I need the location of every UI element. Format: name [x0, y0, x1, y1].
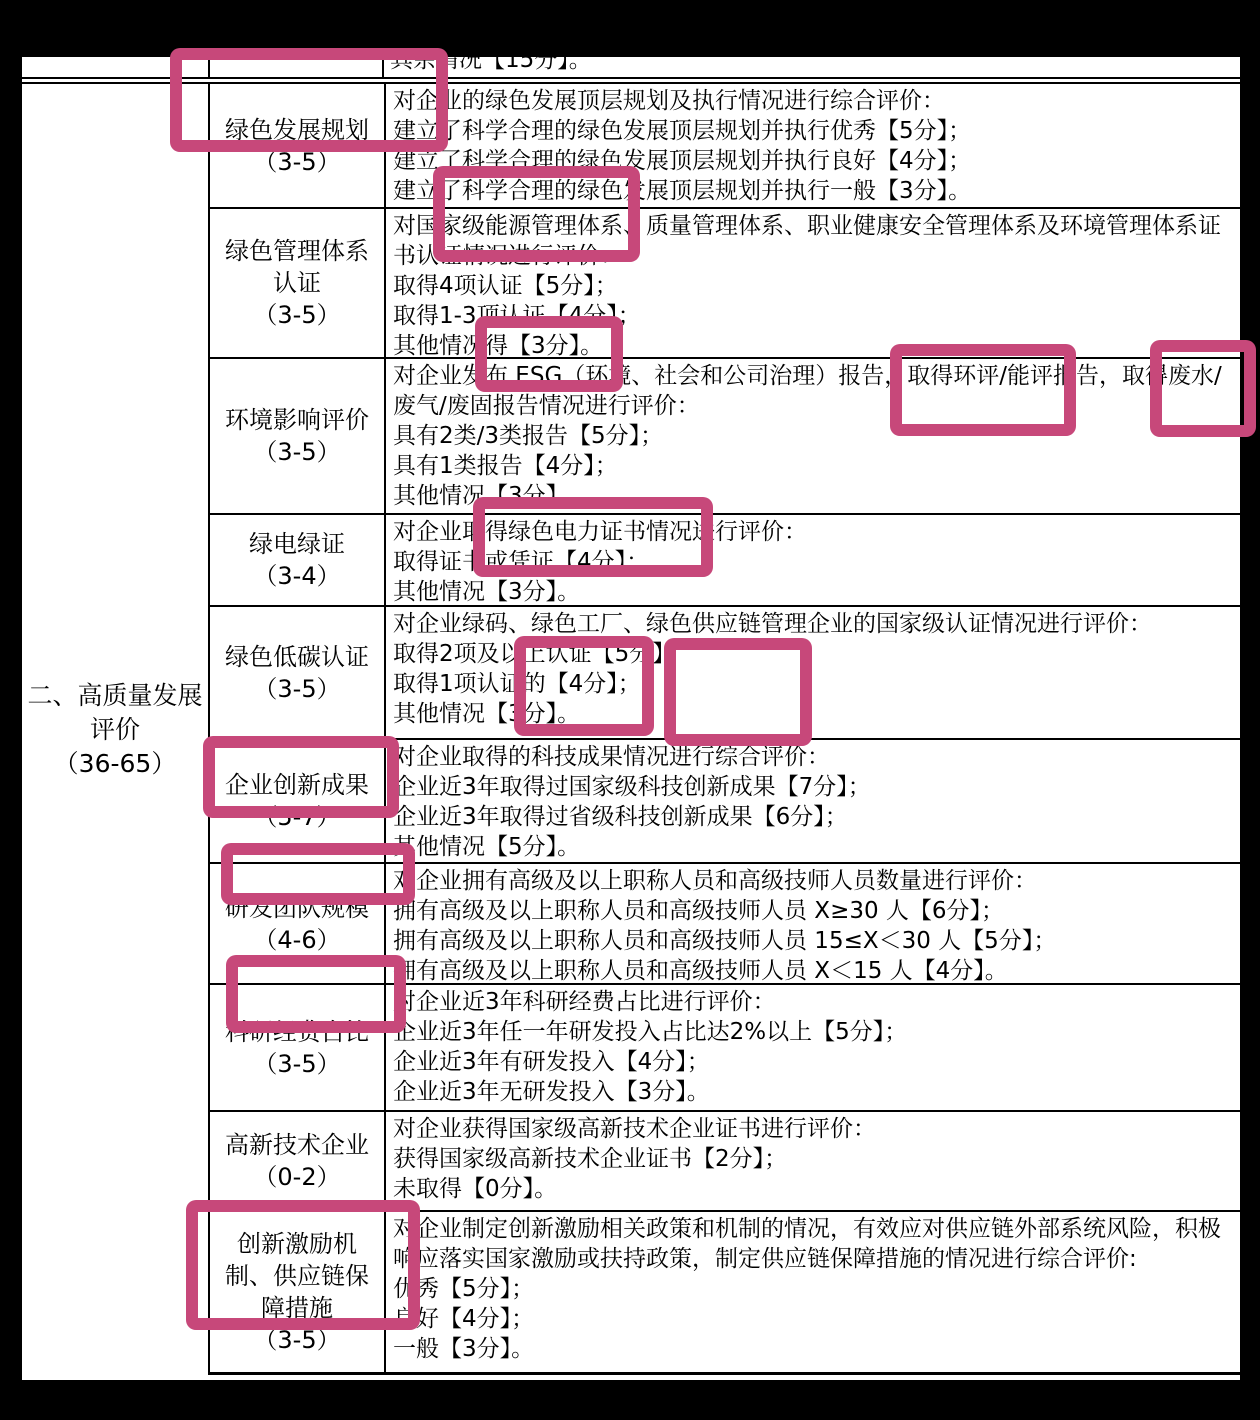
desc-line: 对企业拥有高级及以上职称人员和高级技师人员数量进行评价： — [393, 866, 1236, 896]
desc-line: 具有2类/3类报告【5分】； — [393, 421, 1236, 451]
desc-line: 企业近3年无研发投入【3分】。 — [393, 1077, 1236, 1107]
desc-line: 一般【3分】。 — [393, 1334, 1236, 1364]
desc-line: 对企业获得国家级高新技术企业证书进行评价： — [393, 1114, 1236, 1144]
row-environmental-impact-evaluation: 环境影响评价 （3-5） 对企业发布 ESG（环境、社会和公司治理）报告，取得环… — [210, 359, 1240, 515]
criteria-range: （3-5） — [253, 673, 340, 705]
desc-line: 对企业近3年科研经费占比进行评价： — [393, 987, 1236, 1017]
criteria-range: （0-2） — [253, 1161, 340, 1193]
desc-line: 取得4项认证【5分】； — [393, 271, 1236, 301]
criteria-desc-cell: 对企业制定创新激励相关政策和机制的情况，有效应对供应链外部系统风险，积极响应落实… — [386, 1212, 1240, 1372]
desc-line: 获得国家级高新技术企业证书【2分】； — [393, 1144, 1236, 1174]
desc-line: 良好【4分】； — [393, 1304, 1236, 1334]
category-range: （36-65） — [54, 747, 177, 781]
highlight-box-enterprise-innovation-achievements — [203, 736, 399, 818]
highlight-box-green-power-certificate — [473, 497, 713, 577]
criteria-range: （3-5） — [253, 1048, 340, 1080]
desc-line: 拥有高级及以上职称人员和高级技师人员 15≤X＜30 人【5分】； — [393, 926, 1236, 956]
screenshot-stage: 其余情况【15分】。 二、高质量发展评价 （36-65） 绿色发展规划 （3-5… — [0, 0, 1260, 1420]
black-frame-top — [0, 0, 1260, 55]
criteria-desc-cell: 对企业取得的科技成果情况进行综合评价： 企业近3年取得过国家级科技创新成果【7分… — [386, 740, 1240, 862]
category-name: 二、高质量发展评价 — [24, 679, 206, 747]
category-cell: 二、高质量发展评价 （36-65） — [22, 84, 210, 1375]
desc-line: 建立了科学合理的绿色发展顶层规划并执行优秀【5分】； — [393, 116, 1236, 146]
black-frame-bottom — [0, 1380, 1260, 1420]
criteria-name: 绿色低碳认证 — [224, 641, 370, 673]
criteria-range: （3-4） — [253, 560, 340, 592]
highlight-box-green-factory — [514, 636, 654, 736]
black-frame-right — [1244, 0, 1260, 1420]
desc-line: 拥有高级及以上职称人员和高级技师人员 X＜15 人【4分】。 — [393, 956, 1236, 983]
desc-line: 企业近3年任一年研发投入占比达2%以上【5分】； — [393, 1017, 1236, 1047]
criteria-name-cell: 绿色管理体系认证 （3-5） — [210, 209, 386, 357]
criteria-name-cell: 高新技术企业 （0-2） — [210, 1112, 386, 1210]
criteria-desc-cell: 对企业获得国家级高新技术企业证书进行评价： 获得国家级高新技术企业证书【2分】；… — [386, 1112, 1240, 1210]
desc-line: 企业近3年取得过国家级科技创新成果【7分】； — [393, 772, 1236, 802]
desc-line: 企业近3年取得过省级科技创新成果【6分】； — [393, 802, 1236, 832]
row-green-management-system-certification: 绿色管理体系认证 （3-5） 对国家级能源管理体系、质量管理体系、职业健康安全管… — [210, 209, 1240, 359]
highlight-box-national-energy-management-system — [433, 166, 640, 262]
highlight-box-innovation-incentive — [186, 1200, 420, 1330]
criteria-range: （3-5） — [253, 436, 340, 468]
desc-line: 对企业取得的科技成果情况进行综合评价： — [393, 742, 1236, 772]
criteria-name-cell: 环境影响评价 （3-5） — [210, 359, 386, 513]
highlight-box-green-supply-chain — [664, 638, 812, 746]
criteria-name: 绿色管理体系认证 — [224, 235, 370, 299]
highlight-box-wastewater — [1150, 340, 1256, 437]
black-frame-left — [0, 0, 20, 1420]
highlight-box-3points-esg — [475, 316, 623, 392]
desc-line: 拥有高级及以上职称人员和高级技师人员 X≥30 人【6分】； — [393, 896, 1236, 926]
highlight-box-environmental-energy-assessment — [890, 344, 1076, 436]
highlight-box-rd-team-scale — [221, 843, 415, 905]
row-high-tech-enterprise: 高新技术企业 （0-2） 对企业获得国家级高新技术企业证书进行评价： 获得国家级… — [210, 1112, 1240, 1212]
desc-line: 其他情况【3分】。 — [393, 577, 1236, 605]
desc-line: 其他情况【5分】。 — [393, 832, 1236, 862]
criteria-range: （3-5） — [253, 299, 340, 331]
desc-line: 未取得【0分】。 — [393, 1174, 1236, 1204]
desc-line: 对企业的绿色发展顶层规划及执行情况进行综合评价： — [393, 86, 1236, 116]
partial-desc-cell: 其余情况【15分】。 — [384, 57, 1240, 77]
desc-line: 优秀【5分】； — [393, 1274, 1236, 1304]
criteria-name: 绿电绿证 — [224, 528, 370, 560]
criteria-name-cell: 绿电绿证 （3-4） — [210, 515, 386, 605]
row-green-power-certificate: 绿电绿证 （3-4） 对企业取得绿色电力证书情况进行评价： 取得证书或凭证【4分… — [210, 515, 1240, 607]
criteria-name: 高新技术企业 — [224, 1129, 370, 1161]
criteria-desc-cell: 对企业近3年科研经费占比进行评价： 企业近3年任一年研发投入占比达2%以上【5分… — [386, 985, 1240, 1110]
desc-line: 对企业制定创新激励相关政策和机制的情况，有效应对供应链外部系统风险，积极响应落实… — [393, 1214, 1236, 1274]
desc-line: 对企业绿码、绿色工厂、绿色供应链管理企业的国家级认证情况进行评价： — [393, 609, 1236, 639]
desc-line: 具有1类报告【4分】； — [393, 451, 1236, 481]
highlight-box-research-funding-ratio — [226, 955, 406, 1033]
criteria-desc-cell: 对企业拥有高级及以上职称人员和高级技师人员数量进行评价： 拥有高级及以上职称人员… — [386, 864, 1240, 983]
criteria-range: （4-6） — [253, 924, 340, 956]
criteria-name-cell: 绿色低碳认证 （3-5） — [210, 607, 386, 738]
highlight-box-green-development-planning — [170, 48, 448, 152]
desc-line: 企业近3年有研发投入【4分】； — [393, 1047, 1236, 1077]
criteria-name: 环境影响评价 — [224, 404, 370, 436]
